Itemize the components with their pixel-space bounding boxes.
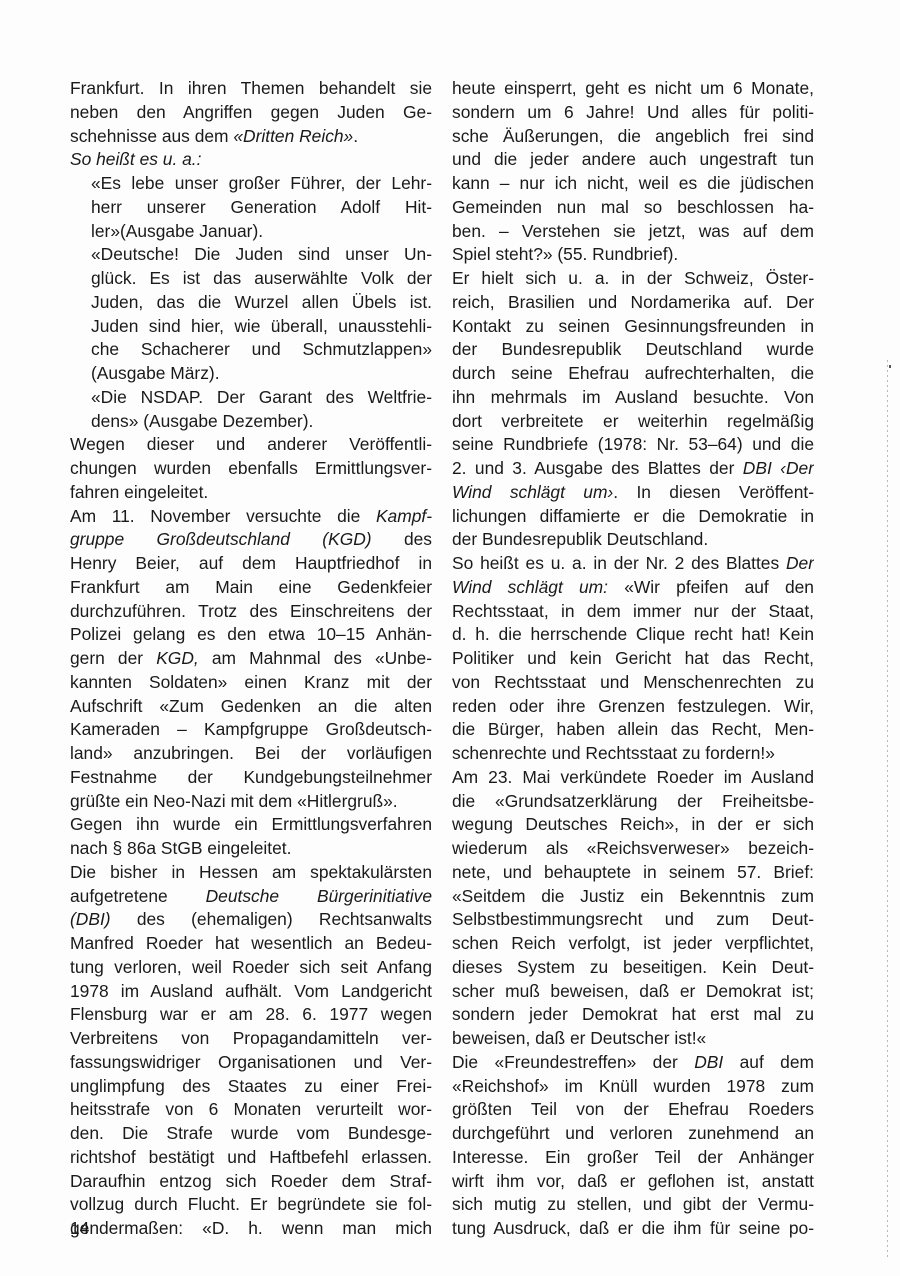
line-text: aufgetretene xyxy=(70,886,206,906)
text-line: glück. Es ist das auserwählte Volk der xyxy=(70,267,432,291)
line-text: glück. Es ist das auserwählte Volk der xyxy=(91,268,432,288)
text-line: Wind schlägt um›. In diesen Veröffent- xyxy=(452,481,814,505)
text-line: «Es lebe unser großer Führer, der Lehr- xyxy=(70,172,432,196)
line-text: Die «Freundestreffen» der xyxy=(452,1052,694,1072)
line-text: «Deutsche! Die Juden sind unser Un- xyxy=(91,244,432,264)
text-line: richtshof bestätigt und Haftbefehl erlas… xyxy=(70,1146,432,1170)
text-line: größten Teil von der Ehefrau Roeders xyxy=(452,1098,814,1122)
text-line: Juden sind hier, wie überall, unausstehl… xyxy=(70,315,432,339)
text-line: und die jeder andere auch ungestraft tun xyxy=(452,148,814,172)
text-line: Selbstbestimmungsrecht und zum Deut- xyxy=(452,908,814,932)
line-text: der Bundesrepublik Deutschland wurde xyxy=(452,339,814,359)
text-line: Politiker und kein Gericht hat das Recht… xyxy=(452,647,814,671)
line-text: Verbreitens von Propagandamitteln ver- xyxy=(70,1028,432,1048)
text-line: beweisen, daß er Deutscher ist!« xyxy=(452,1027,814,1051)
text-line: fassungswidriger Organisationen und Ver- xyxy=(70,1051,432,1075)
text-line: Kontakt zu seinen Gesinnungsfreunden in xyxy=(452,315,814,339)
line-text: «Wir pfeifen auf den xyxy=(608,577,814,597)
line-text: Interesse. Ein großer Teil der Anhänger xyxy=(452,1147,814,1167)
text-line: So heißt es u. a.: xyxy=(70,148,432,172)
text-line: Manfred Roeder hat wesentlich an Bedeu- xyxy=(70,932,432,956)
text-line: sche Äußerungen, die angeblich frei sind xyxy=(452,125,814,149)
line-text: So heißt es u. a. in der Nr. 2 des Blatt… xyxy=(452,553,786,573)
text-line: durchzuführen. Trotz des Einschreitens d… xyxy=(70,600,432,624)
text-line: Spiel steht?» (55. Rundbrief). xyxy=(452,243,814,267)
text-line: Gegen ihn wurde ein Ermittlungsverfahren xyxy=(70,813,432,837)
text-line: «Reichshof» im Knüll wurden 1978 zum xyxy=(452,1075,814,1099)
line-text: beweisen, daß er Deutscher ist!« xyxy=(452,1028,706,1048)
left-text-column: Frankfurt. In ihren Themen behandelt sie… xyxy=(70,77,432,1241)
text-line: schehnisse aus dem «Dritten Reich». xyxy=(70,125,432,149)
line-text: durchgeführt und verloren zunehmend an xyxy=(452,1123,814,1143)
line-text: Festnahme der Kundgebungsteilnehmer xyxy=(70,767,432,787)
text-line: Am 11. November versuchte die Kampf- xyxy=(70,505,432,529)
line-text: Am 11. November versuchte die xyxy=(70,506,376,526)
line-text: seine Rundbriefe (1978: Nr. 53–64) und d… xyxy=(452,434,814,454)
line-text: grüßte ein Neo-Nazi mit dem «Hitlergruß»… xyxy=(70,791,398,811)
text-line: «Deutsche! Die Juden sind unser Un- xyxy=(70,243,432,267)
text-line: «Seitdem die Justiz ein Bekenntnis zum xyxy=(452,885,814,909)
line-text: schenrechte und Rechtsstaat zu fordern!» xyxy=(452,743,775,763)
text-line: Am 23. Mai verkündete Roeder im Ausland xyxy=(452,766,814,790)
text-line: sondern um 6 Jahre! Und alles für politi… xyxy=(452,101,814,125)
line-text: nach § 86a StGB eingeleitet. xyxy=(70,838,291,858)
text-line: Rechtsstaat, in dem immer nur der Staat, xyxy=(452,600,814,624)
line-text: . In diesen Veröffent- xyxy=(613,482,814,502)
text-line: gern der KGD, am Mahnmal des «Unbe- xyxy=(70,647,432,671)
line-text: neben den Angriffen gegen Juden Ge- xyxy=(70,102,432,122)
line-text: Gemeinden nun mal so beschlossen ha- xyxy=(452,197,814,217)
text-line: ihn mehrmals im Ausland besuchte. Von xyxy=(452,386,814,410)
line-text: Polizei gelang es den etwa 10–15 Anhän- xyxy=(70,624,432,644)
page-number: 14 xyxy=(70,1218,89,1239)
line-text: «Es lebe unser großer Führer, der Lehr- xyxy=(91,173,432,193)
text-line: nach § 86a StGB eingeleitet. xyxy=(70,837,432,861)
line-text: von Rechtsstaat und Menschenrechten zu xyxy=(452,672,814,692)
text-line: unglimpfung des Staates zu einer Frei- xyxy=(70,1075,432,1099)
line-text: vollzug durch Flucht. Er begründete sie … xyxy=(70,1194,432,1214)
scan-edge-line xyxy=(887,360,888,1260)
italic-text: Wind schlägt um› xyxy=(452,482,613,502)
text-line: gendermaßen: «D. h. wenn man mich xyxy=(70,1217,432,1241)
line-text: kannten Soldaten» einen Kranz mit der xyxy=(70,672,432,692)
text-line: So heißt es u. a. in der Nr. 2 des Blatt… xyxy=(452,552,814,576)
text-line: neben den Angriffen gegen Juden Ge- xyxy=(70,101,432,125)
text-line: sich mutig zu stellen, und gibt der Verm… xyxy=(452,1193,814,1217)
text-line: heitsstrafe von 6 Monaten verurteilt wor… xyxy=(70,1098,432,1122)
text-line: aufgetretene Deutsche Bürgerinitiative xyxy=(70,885,432,909)
text-line: nete, und behauptete in seinem 57. Brief… xyxy=(452,861,814,885)
line-text: sondern jeder Demokrat hat erst mal zu xyxy=(452,1004,814,1024)
text-line: tung Ausdruck, daß er die ihm für seine … xyxy=(452,1217,814,1241)
italic-text: KGD, xyxy=(156,648,199,668)
text-line: d. h. die herrschende Clique recht hat! … xyxy=(452,623,814,647)
line-text: die «Grundsatzerklärung der Freiheitsbe- xyxy=(452,791,814,811)
line-text: Aufschrift «Zum Gedenken an die alten xyxy=(70,696,432,716)
text-line: Wegen dieser und anderer Veröffentli- xyxy=(70,433,432,457)
line-text: durchzuführen. Trotz des Einschreitens d… xyxy=(70,601,432,621)
text-line: kannten Soldaten» einen Kranz mit der xyxy=(70,671,432,695)
line-text: d. h. die herrschende Clique recht hat! … xyxy=(452,624,814,644)
text-line: grüßte ein Neo-Nazi mit dem «Hitlergruß»… xyxy=(70,790,432,814)
italic-text: DBI xyxy=(694,1052,723,1072)
line-text: tung verloren, weil Roeder sich seit Anf… xyxy=(70,957,432,977)
text-line: kann – nur ich nicht, weil es die jüdisc… xyxy=(452,172,814,196)
text-line: dieses System zu beseitigen. Kein Deut- xyxy=(452,956,814,980)
text-line: Interesse. Ein großer Teil der Anhänger xyxy=(452,1146,814,1170)
line-text: herr unserer Generation Adolf Hit- xyxy=(91,197,432,217)
italic-text: DBI ‹Der xyxy=(743,458,814,478)
italic-text: Der xyxy=(786,553,814,573)
line-text: 2. und 3. Ausgabe des Blattes der xyxy=(452,458,743,478)
text-line: reich, Brasilien und Nordamerika auf. De… xyxy=(452,291,814,315)
line-text: Daraufhin entzog sich Roeder dem Straf- xyxy=(70,1171,432,1191)
text-line: tung verloren, weil Roeder sich seit Anf… xyxy=(70,956,432,980)
text-line: sondern jeder Demokrat hat erst mal zu xyxy=(452,1003,814,1027)
line-text: «Reichshof» im Knüll wurden 1978 zum xyxy=(452,1076,814,1096)
line-text: Rechtsstaat, in dem immer nur der Staat, xyxy=(452,601,814,621)
line-text: am Mahnmal des «Unbe- xyxy=(199,648,432,668)
text-line: Gemeinden nun mal so beschlossen ha- xyxy=(452,196,814,220)
line-text: Gegen ihn wurde ein Ermittlungsverfahren xyxy=(70,814,432,834)
text-line: vollzug durch Flucht. Er begründete sie … xyxy=(70,1193,432,1217)
text-line: 2. und 3. Ausgabe des Blattes der DBI ‹D… xyxy=(452,457,814,481)
line-text: schehnisse aus dem xyxy=(70,126,233,146)
line-text: ben. – Verstehen sie jetzt, was auf dem xyxy=(452,221,814,241)
line-text: tung Ausdruck, daß er die ihm für seine … xyxy=(452,1218,814,1238)
text-line: der Bundesrepublik Deutschland wurde xyxy=(452,338,814,362)
italic-text: So heißt es u. a.: xyxy=(70,149,201,169)
line-text: fassungswidriger Organisationen und Ver- xyxy=(70,1052,432,1072)
line-text: Flensburg war er am 28. 6. 1977 wegen xyxy=(70,1004,432,1024)
text-line: von Rechtsstaat und Menschenrechten zu xyxy=(452,671,814,695)
line-text: gendermaßen: «D. h. wenn man mich xyxy=(70,1218,432,1238)
text-line: den. Die Strafe wurde vom Bundesge- xyxy=(70,1122,432,1146)
line-text: 1978 im Ausland aufhält. Vom Landgericht xyxy=(70,981,432,1001)
line-text: wirft ihm vor, daß er geflohen ist, anst… xyxy=(452,1171,814,1191)
line-text: (Ausgabe März). xyxy=(91,363,220,383)
scan-artifact xyxy=(889,365,891,368)
line-text: größten Teil von der Ehefrau Roeders xyxy=(452,1099,814,1119)
text-line: fahren eingeleitet. xyxy=(70,481,432,505)
text-line: Juden, das die Wurzel allen Übels ist. xyxy=(70,291,432,315)
text-line: gruppe Großdeutschland (KGD) des xyxy=(70,528,432,552)
line-text: durch seine Ehefrau aufrechterhalten, di… xyxy=(452,363,814,383)
text-line: lichungen diffamierte er die Demokratie … xyxy=(452,505,814,529)
italic-text: gruppe Großdeutschland (KGD) xyxy=(70,529,372,549)
text-line: Verbreitens von Propagandamitteln ver- xyxy=(70,1027,432,1051)
line-text: reden oder ihre Grenzen festzulegen. Wir… xyxy=(452,696,814,716)
line-text: und die jeder andere auch ungestraft tun xyxy=(452,149,814,169)
line-text: . xyxy=(353,126,358,146)
text-line: (DBI) des (ehemaligen) Rechtsanwalts xyxy=(70,908,432,932)
italic-text: «Dritten Reich» xyxy=(233,126,353,146)
line-text: heitsstrafe von 6 Monaten verurteilt wor… xyxy=(70,1099,432,1119)
line-text: «Die NSDAP. Der Garant des Weltfrie- xyxy=(91,387,432,407)
text-line: Frankfurt am Main eine Gedenkfeier xyxy=(70,576,432,600)
text-line: wegung Deutsches Reich», in der er sich xyxy=(452,813,814,837)
text-line: wirft ihm vor, daß er geflohen ist, anst… xyxy=(452,1170,814,1194)
line-text: Spiel steht?» (55. Rundbrief). xyxy=(452,244,678,264)
text-line: Festnahme der Kundgebungsteilnehmer xyxy=(70,766,432,790)
line-text: Die bisher in Hessen am spektakulärsten xyxy=(70,862,432,882)
document-page: Frankfurt. In ihren Themen behandelt sie… xyxy=(0,0,900,1276)
text-line: die «Grundsatzerklärung der Freiheitsbe- xyxy=(452,790,814,814)
text-line: (Ausgabe März). xyxy=(70,362,432,386)
italic-text: Deutsche Bürgerinitiative xyxy=(206,886,432,906)
line-text: Politiker und kein Gericht hat das Recht… xyxy=(452,648,814,668)
text-line: Er hielt sich u. a. in der Schweiz, Öste… xyxy=(452,267,814,291)
line-text: che Schacherer und Schmutzlappen» xyxy=(91,339,432,359)
text-line: seine Rundbriefe (1978: Nr. 53–64) und d… xyxy=(452,433,814,457)
text-line: «Die NSDAP. Der Garant des Weltfrie- xyxy=(70,386,432,410)
line-text: der Bundesrepublik Deutschland. xyxy=(452,529,708,549)
text-line: scher muß beweisen, daß er Demokrat ist; xyxy=(452,980,814,1004)
right-text-column: heute einsperrt, geht es nicht um 6 Mona… xyxy=(452,77,814,1241)
line-text: auf dem xyxy=(723,1052,814,1072)
line-text: Henry Beier, auf dem Hauptfriedhof in xyxy=(70,553,432,573)
text-line: Die bisher in Hessen am spektakulärsten xyxy=(70,861,432,885)
italic-text: Kampf- xyxy=(376,506,432,526)
text-line: dort verbreitete er weiterhin regelmäßig xyxy=(452,410,814,434)
line-text: ler»(Ausgabe Januar). xyxy=(91,221,263,241)
line-text: sondern um 6 Jahre! Und alles für politi… xyxy=(452,102,814,122)
line-text: Manfred Roeder hat wesentlich an Bedeu- xyxy=(70,933,432,953)
text-line: wiederum als «Reichsverweser» bezeich- xyxy=(452,837,814,861)
line-text: Selbstbestimmungsrecht und zum Deut- xyxy=(452,909,814,929)
line-text: den. Die Strafe wurde vom Bundesge- xyxy=(70,1123,432,1143)
line-text: dort verbreitete er weiterhin regelmäßig xyxy=(452,411,814,431)
text-line: Kameraden – Kampfgruppe Großdeutsch- xyxy=(70,718,432,742)
line-text: dieses System zu beseitigen. Kein Deut- xyxy=(452,957,814,977)
text-line: Aufschrift «Zum Gedenken an die alten xyxy=(70,695,432,719)
line-text: Kameraden – Kampfgruppe Großdeutsch- xyxy=(70,719,432,739)
line-text: Wegen dieser und anderer Veröffentli- xyxy=(70,434,432,454)
text-line: die Bürger, haben allein das Recht, Men- xyxy=(452,718,814,742)
text-line: Wind schlägt um: «Wir pfeifen auf den xyxy=(452,576,814,600)
line-text: die Bürger, haben allein das Recht, Men- xyxy=(452,719,814,739)
line-text: wiederum als «Reichsverweser» bezeich- xyxy=(452,838,814,858)
line-text: heute einsperrt, geht es nicht um 6 Mona… xyxy=(452,78,814,98)
text-line: durchgeführt und verloren zunehmend an xyxy=(452,1122,814,1146)
line-text: land» anzubringen. Bei der vorläufigen xyxy=(70,743,432,763)
line-text: sich mutig zu stellen, und gibt der Verm… xyxy=(452,1194,814,1214)
text-line: Die «Freundestreffen» der DBI auf dem xyxy=(452,1051,814,1075)
text-line: land» anzubringen. Bei der vorläufigen xyxy=(70,742,432,766)
text-line: ben. – Verstehen sie jetzt, was auf dem xyxy=(452,220,814,244)
line-text: lichungen diffamierte er die Demokratie … xyxy=(452,506,814,526)
text-line: durch seine Ehefrau aufrechterhalten, di… xyxy=(452,362,814,386)
line-text: kann – nur ich nicht, weil es die jüdisc… xyxy=(452,173,814,193)
text-line: heute einsperrt, geht es nicht um 6 Mona… xyxy=(452,77,814,101)
italic-text: (DBI) xyxy=(70,909,111,929)
text-line: Frankfurt. In ihren Themen behandelt sie xyxy=(70,77,432,101)
line-text: richtshof bestätigt und Haftbefehl erlas… xyxy=(70,1147,432,1167)
line-text: des (ehemaligen) Rechtsanwalts xyxy=(111,909,432,929)
line-text: schen Reich verfolgt, ist jeder verpflic… xyxy=(452,933,814,953)
line-text: nete, und behauptete in seinem 57. Brief… xyxy=(452,862,814,882)
line-text: Juden sind hier, wie überall, unausstehl… xyxy=(91,316,432,336)
text-line: Henry Beier, auf dem Hauptfriedhof in xyxy=(70,552,432,576)
text-line: herr unserer Generation Adolf Hit- xyxy=(70,196,432,220)
line-text: reich, Brasilien und Nordamerika auf. De… xyxy=(452,292,814,312)
line-text: scher muß beweisen, daß er Demokrat ist; xyxy=(452,981,814,1001)
line-text: Frankfurt am Main eine Gedenkfeier xyxy=(70,577,432,597)
line-text: «Seitdem die Justiz ein Bekenntnis zum xyxy=(452,886,814,906)
line-text: Kontakt zu seinen Gesinnungsfreunden in xyxy=(452,316,814,336)
text-line: che Schacherer und Schmutzlappen» xyxy=(70,338,432,362)
text-line: dens» (Ausgabe Dezember). xyxy=(70,410,432,434)
line-text: ihn mehrmals im Ausland besuchte. Von xyxy=(452,387,814,407)
line-text: Juden, das die Wurzel allen Übels ist. xyxy=(91,292,432,312)
line-text: wegung Deutsches Reich», in der er sich xyxy=(452,814,814,834)
text-line: chungen wurden ebenfalls Ermittlungsver- xyxy=(70,457,432,481)
line-text: unglimpfung des Staates zu einer Frei- xyxy=(70,1076,432,1096)
italic-text: Wind schlägt um: xyxy=(452,577,608,597)
line-text: Frankfurt. In ihren Themen behandelt sie xyxy=(70,78,432,98)
line-text: gern der xyxy=(70,648,156,668)
text-line: Polizei gelang es den etwa 10–15 Anhän- xyxy=(70,623,432,647)
text-line: 1978 im Ausland aufhält. Vom Landgericht xyxy=(70,980,432,1004)
line-text: dens» (Ausgabe Dezember). xyxy=(91,411,313,431)
line-text: des xyxy=(372,529,432,549)
line-text: fahren eingeleitet. xyxy=(70,482,208,502)
text-line: schenrechte und Rechtsstaat zu fordern!» xyxy=(452,742,814,766)
text-line: ler»(Ausgabe Januar). xyxy=(70,220,432,244)
text-line: Daraufhin entzog sich Roeder dem Straf- xyxy=(70,1170,432,1194)
line-text: sche Äußerungen, die angeblich frei sind xyxy=(452,126,814,146)
text-line: der Bundesrepublik Deutschland. xyxy=(452,528,814,552)
line-text: Er hielt sich u. a. in der Schweiz, Öste… xyxy=(452,268,814,288)
text-line: reden oder ihre Grenzen festzulegen. Wir… xyxy=(452,695,814,719)
line-text: Am 23. Mai verkündete Roeder im Ausland xyxy=(452,767,814,787)
text-line: schen Reich verfolgt, ist jeder verpflic… xyxy=(452,932,814,956)
line-text: chungen wurden ebenfalls Ermittlungsver- xyxy=(70,458,432,478)
text-line: Flensburg war er am 28. 6. 1977 wegen xyxy=(70,1003,432,1027)
